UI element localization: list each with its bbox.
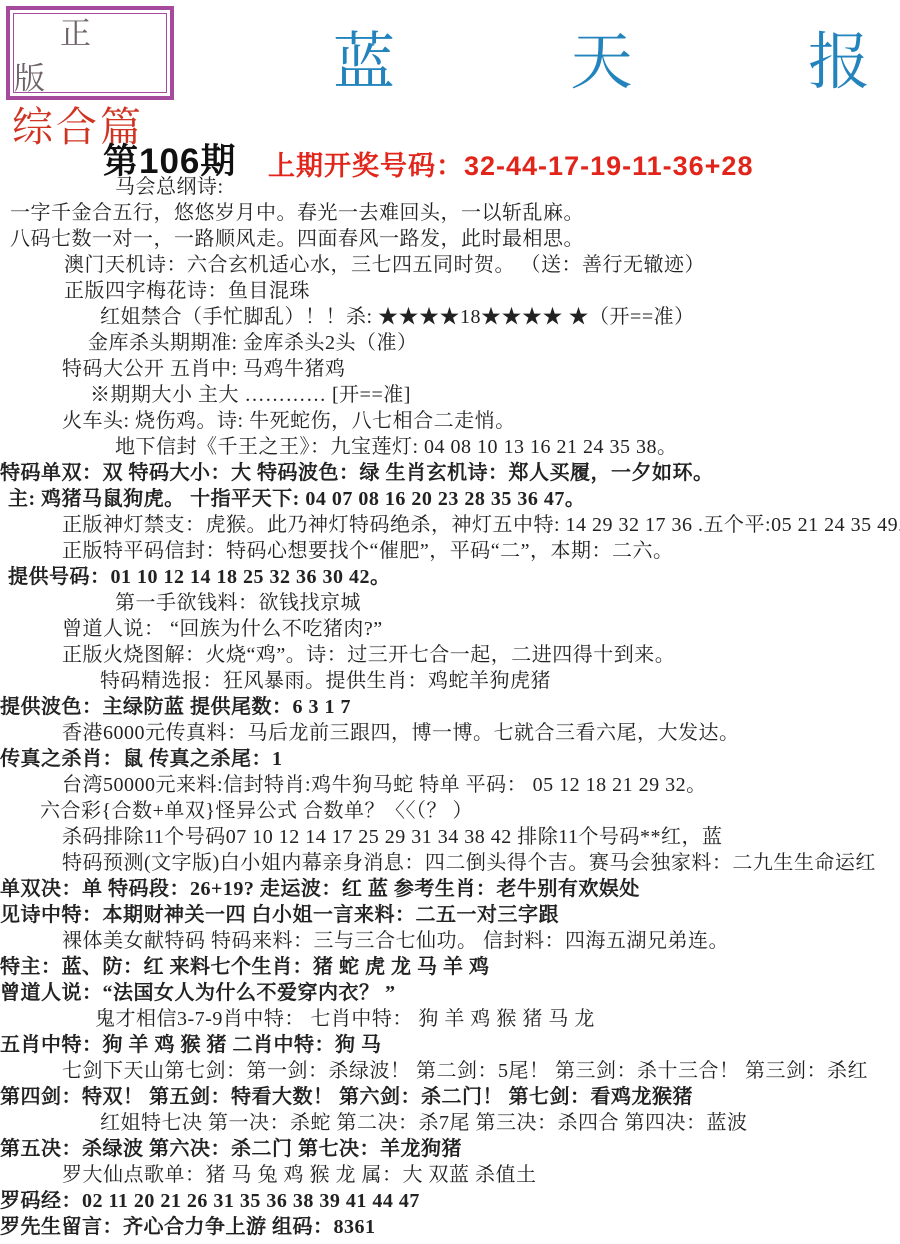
text-line: 特码大公开 五肖中: 马鸡牛猪鸡: [0, 356, 900, 382]
text-line: 金库杀头期期准: 金库杀头2头（准）: [0, 330, 900, 356]
text-line: 红姐禁合（手忙脚乱）！！杀: ★★★★18★★★★ ★（开==准）: [0, 304, 900, 330]
text-line: 香港6000元传真料：马后龙前三跟四，博一博。七就合三看六尾，大发达。: [0, 720, 900, 746]
text-line: 六合彩{合数+单双}怪异公式 合数单？〈〈（？ ）: [0, 798, 900, 824]
text-line: 正版神灯禁支：虎猴。此乃神灯特码绝杀，神灯五中特: 14 29 32 17 36…: [0, 512, 900, 538]
text-line: 杀码排除11个号码07 10 12 14 17 25 29 31 34 38 4…: [0, 824, 900, 850]
text-line: 正版特平码信封：特码心想要找个“催肥”，平码“二”，本期：二六。: [0, 538, 900, 564]
text-line: 特码预测(文字版)白小姐内幕亲身消息：四二倒头得个吉。赛马会独家料：二九生生命运…: [0, 850, 900, 876]
text-line: 第五决：杀绿波 第六决：杀二门 第七决：羊龙狗猪: [0, 1136, 900, 1162]
text-line: 罗大仙点歌单：猪 马 兔 鸡 猴 龙 属：大 双蓝 杀值土: [0, 1162, 900, 1188]
text-line: 正版火烧图解：火烧“鸡”。诗：过三开七合一起，二进四得十到来。: [0, 642, 900, 668]
text-line: 曾道人说：“法国女人为什么不爱穿内衣？ ”: [0, 980, 900, 1006]
text-line: 罗先生留言：齐心合力争上游 组码：8361: [0, 1214, 900, 1240]
text-line: 主: 鸡猪马鼠狗虎。 十指平天下: 04 07 08 16 20 23 28 3…: [0, 486, 900, 512]
text-line: 特码单双：双 特码大小：大 特码波色：绿 生肖玄机诗：郑人买履，一夕如环。: [0, 460, 900, 486]
text-line: 五肖中特：狗 羊 鸡 猴 猪 二肖中特：狗 马: [0, 1032, 900, 1058]
text-line: 一字千金合五行，悠悠岁月中。春光一去难回头，一以斩乱麻。: [0, 200, 900, 226]
text-line: 澳门天机诗：六合玄机适心水，三七四五同时贺。 （送：善行无辙迹）: [0, 252, 900, 278]
lottery-tip-sheet-page: { "badge": { "label": "正 版" }, "header":…: [0, 0, 900, 1244]
text-line: 正版四字梅花诗：鱼目混珠: [0, 278, 900, 304]
text-line: 曾道人说： “回族为什么不吃猪肉?”: [0, 616, 900, 642]
text-line: 传真之杀肖：鼠 传真之杀尾：1: [0, 746, 900, 772]
text-line: 裸体美女献特码 特码来料：三与三合七仙功。 信封料：四海五湖兄弟连。: [0, 928, 900, 954]
text-line: 提供波色：主绿防蓝 提供尾数：6 3 1 7: [0, 694, 900, 720]
text-line: 火车头: 烧伤鸡。诗: 牛死蛇伤，八七相合二走悄。: [0, 408, 900, 434]
tips-content: 马会总纲诗:一字千金合五行，悠悠岁月中。春光一去难回头，一以斩乱麻。八码七数一对…: [0, 174, 900, 1240]
edition-stamp-inner-border: 正 版: [13, 13, 167, 93]
page-title: 蓝 天 报: [333, 12, 900, 101]
text-line: 地下信封《千王之王》：九宝莲灯: 04 08 10 13 16 21 24 35…: [0, 434, 900, 460]
text-line: 台湾50000元来料:信封特肖:鸡牛狗马蛇 特单 平码： 05 12 18 21…: [0, 772, 900, 798]
text-line: 单双决：单 特码段：26+19? 走运波：红 蓝 参考生肖：老牛别有欢娱处: [0, 876, 900, 902]
text-line: 第四剑：特双！ 第五剑：特看大数！ 第六剑：杀二门！ 第七剑：看鸡龙猴猪: [0, 1084, 900, 1110]
text-line: 特主：蓝、防：红 来料七个生肖：猪 蛇 虎 龙 马 羊 鸡: [0, 954, 900, 980]
edition-stamp-label: 正 版: [14, 8, 166, 98]
text-line: 七剑下天山第七剑：第一剑：杀绿波！ 第二剑：5尾！ 第三剑：杀十三合！ 第三剑：…: [0, 1058, 900, 1084]
text-line: ※期期大小 主大 ………… [开==准]: [0, 382, 900, 408]
text-line: 马会总纲诗:: [0, 174, 900, 200]
edition-stamp-box: 正 版: [6, 6, 174, 100]
text-line: 鬼才相信3-7-9肖中特： 七肖中特： 狗 羊 鸡 猴 猪 马 龙: [0, 1006, 900, 1032]
text-line: 红姐特七决 第一决：杀蛇 第二决：杀7尾 第三决：杀四合 第四决：蓝波: [0, 1110, 900, 1136]
text-line: 第一手欲钱料：欲钱找京城: [0, 590, 900, 616]
text-line: 特码精选报：狂风暴雨。提供生肖：鸡蛇羊狗虎猪: [0, 668, 900, 694]
text-line: 见诗中特：本期财神关一四 白小姐一言来料：二五一对三字跟: [0, 902, 900, 928]
text-line: 八码七数一对一，一路顺风走。四面春风一路发，此时最相思。: [0, 226, 900, 252]
text-line: 提供号码：01 10 12 14 18 25 32 36 30 42。: [0, 564, 900, 590]
text-line: 罗码经：02 11 20 21 26 31 35 36 38 39 41 44 …: [0, 1188, 900, 1214]
